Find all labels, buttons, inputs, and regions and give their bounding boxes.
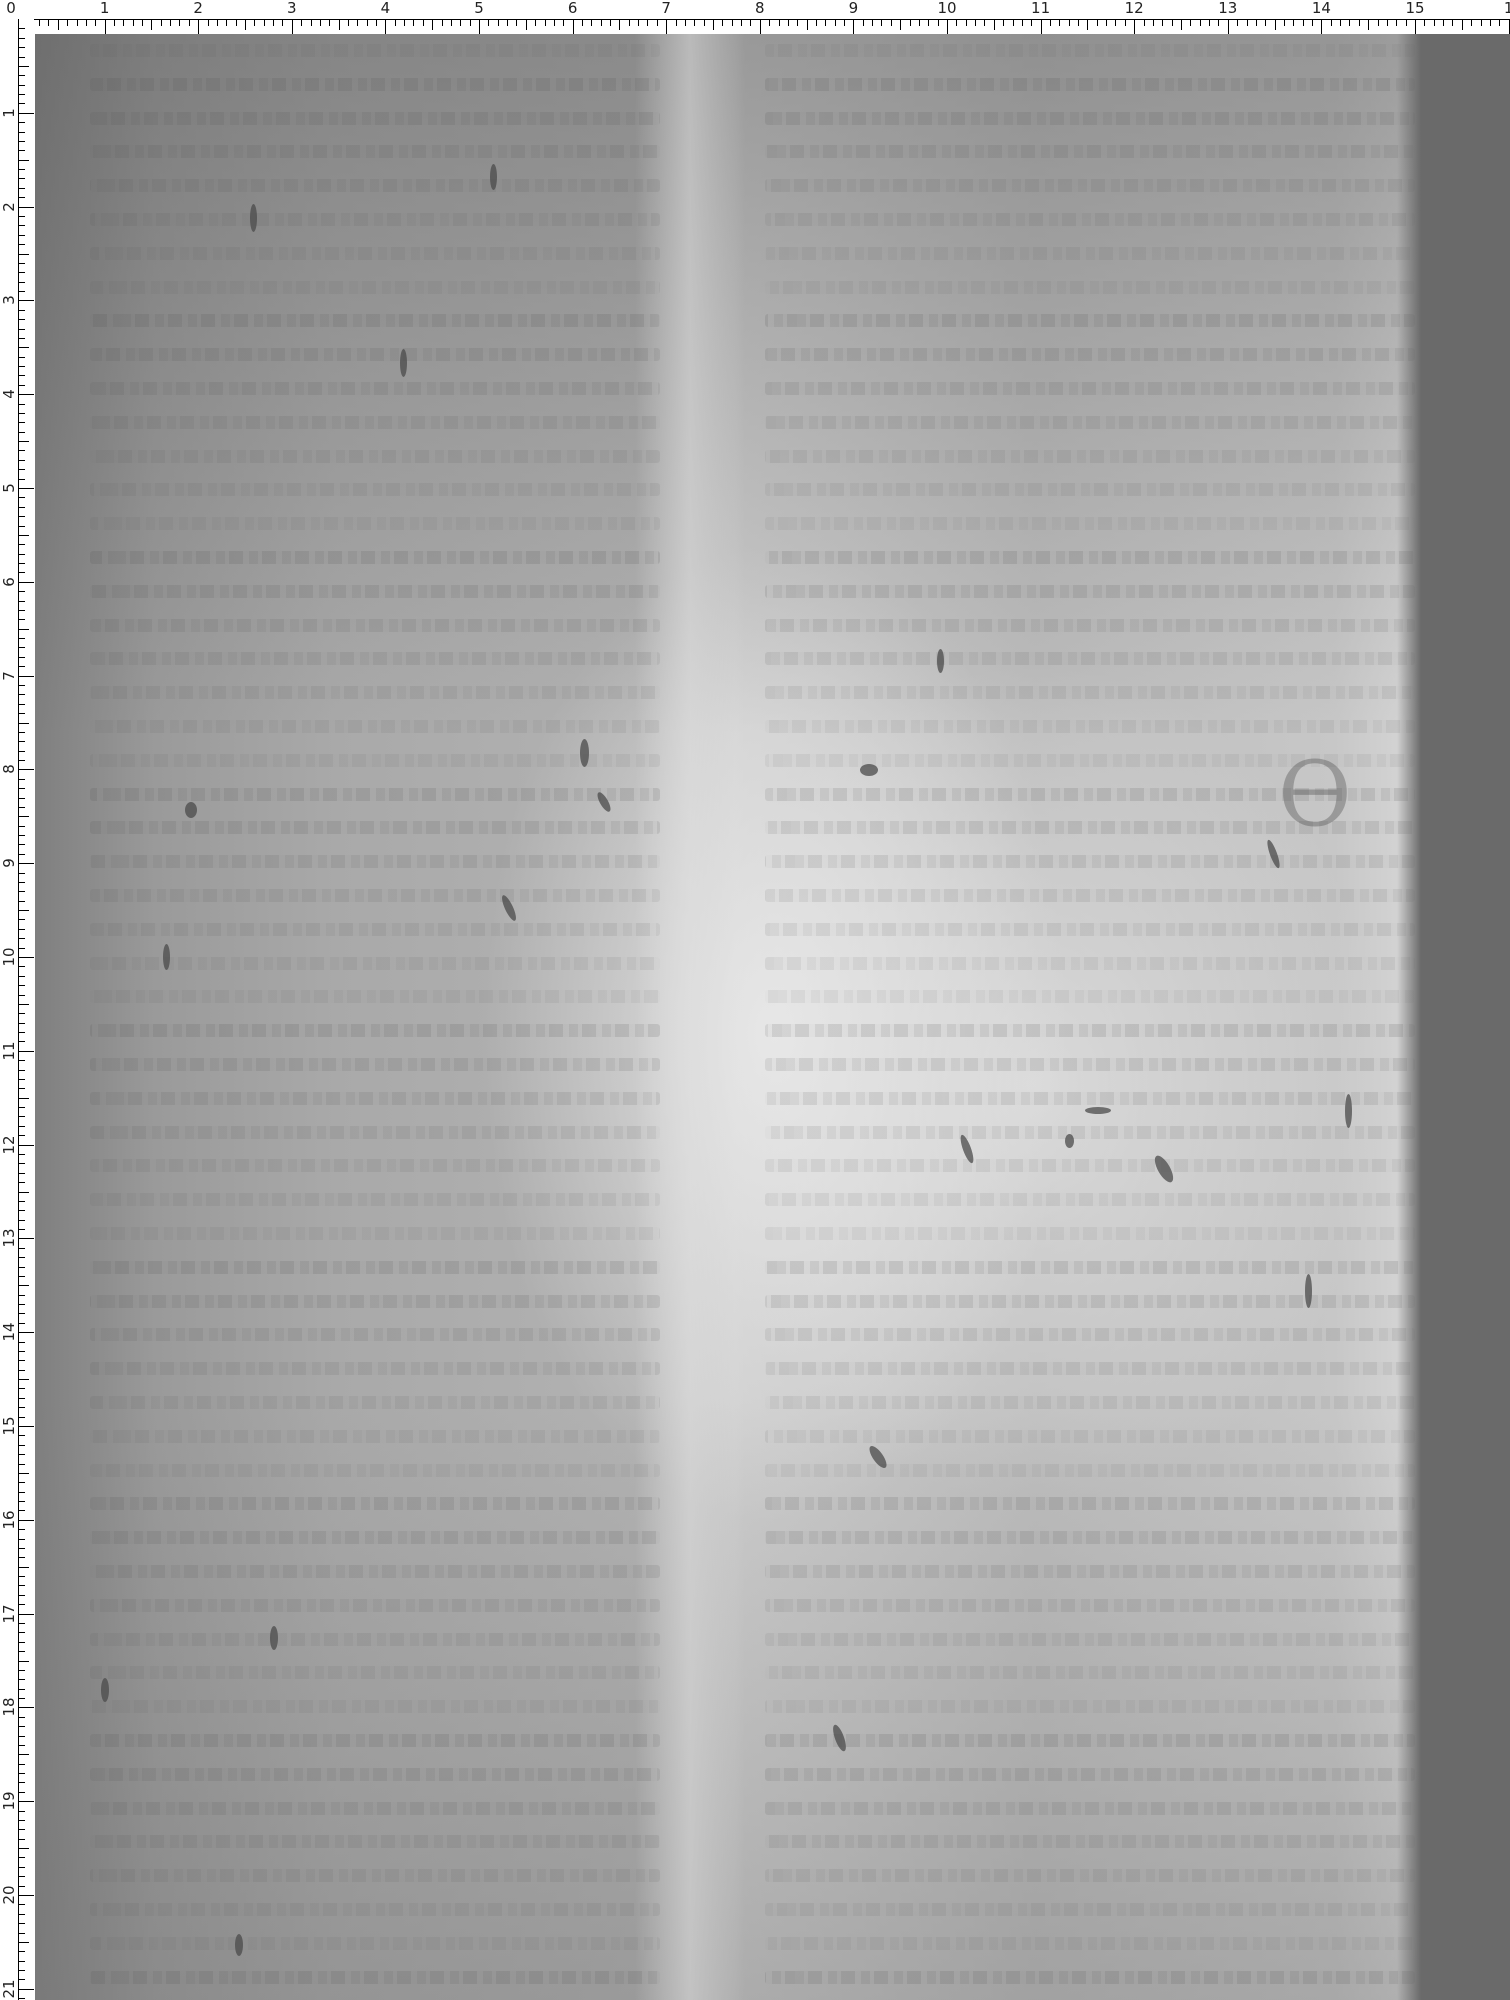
ruler-tick [18,1079,25,1080]
ruler-tick [657,19,658,26]
ruler-label-vertical: 3 [0,289,18,311]
bleed-through-text-right-column [765,44,1415,1994]
ruler-tick [18,1876,25,1877]
ruler-tick [18,1614,34,1615]
ruler-tick [18,122,25,123]
ruler-tick [226,19,227,26]
bleed-through-line [90,1565,660,1578]
ruler-tick [18,178,25,179]
ruler-tick [39,19,40,26]
ruler-tick [18,704,25,705]
bleed-through-line [765,382,1415,395]
bleed-through-line [765,652,1415,665]
bleed-through-line [90,517,660,530]
bleed-through-line [90,382,660,395]
ruler-tick [1115,19,1116,26]
ruler-tick [18,1576,25,1577]
ruler-tick [676,19,677,26]
ruler-label-horizontal: 13 [1218,0,1237,17]
ruler-tick [610,19,611,26]
bleed-through-line [90,1666,660,1679]
bleed-through-line [765,1024,1415,1037]
ruler-tick [18,432,25,433]
ruler-tick [18,1023,25,1024]
ruler-tick [994,19,995,30]
scan-speck [163,944,170,970]
ruler-tick [1434,19,1435,26]
bleed-through-line [765,1531,1415,1544]
bleed-through-line [90,1193,660,1206]
ruler-tick [329,19,330,26]
ruler-tick [142,19,143,26]
ruler-label-vertical: 4 [0,383,18,405]
ruler-tick [18,497,25,498]
bleed-through-line [90,1531,660,1544]
ruler-tick [301,19,302,26]
ruler-tick [1050,19,1051,26]
bleed-through-line [765,348,1415,361]
ruler-tick [86,19,87,26]
scan-speck [400,349,407,377]
ruler-tick [1284,19,1285,26]
ruler-tick [18,591,25,592]
bleed-through-line [90,281,660,294]
bleed-through-line [90,1126,660,1139]
ruler-tick [18,488,34,489]
ruler-label-horizontal: 9 [849,0,859,17]
ruler-tick [18,216,25,217]
ruler-tick [18,938,25,939]
ruler-tick [18,1829,25,1830]
ruler-tick [18,816,29,817]
ruler-tick [18,1060,25,1061]
bleed-through-line [90,1295,660,1308]
ruler-tick [601,19,602,26]
ruler-tick [385,19,386,34]
ruler-tick [18,413,25,414]
bleed-through-line [765,1700,1415,1713]
ruler-tick [507,19,508,26]
bleed-through-line [90,585,660,598]
bleed-through-line [90,1159,660,1172]
ruler-tick [18,1013,25,1014]
bleed-through-line [90,1024,660,1037]
bleed-through-line [765,1734,1415,1747]
ruler-tick [18,1510,25,1511]
bleed-through-line [90,44,660,57]
bleed-through-line [765,1666,1415,1679]
bleed-through-line [765,720,1415,733]
ruler-tick [18,1135,25,1136]
ruler-tick [1349,19,1350,26]
ruler-label-horizontal: 1 [1504,0,1510,17]
ruler-label-vertical: 2 [0,196,18,218]
bleed-through-line [765,517,1415,530]
ruler-tick [179,19,180,26]
scan-speck [101,1678,109,1702]
ruler-tick [18,666,25,667]
ruler-tick [18,1604,25,1605]
ruler-tick [18,638,25,639]
ruler-tick [1303,19,1304,26]
ruler-tick [18,1417,25,1418]
ruler-tick [18,1811,25,1812]
ruler-tick [1162,19,1163,26]
ruler-tick [18,1707,34,1708]
ruler-tick [18,1529,25,1530]
ruler-label-horizontal: 7 [661,0,671,17]
ruler-tick [339,19,340,30]
ruler-tick [638,19,639,26]
ruler-label-horizontal: 1 [100,0,110,17]
ruler-tick [18,1313,25,1314]
ruler-tick [18,329,25,330]
ruler-tick [984,19,985,26]
ruler-tick [18,1998,25,1999]
ruler-tick [451,19,452,26]
ruler-baseline-vertical [18,19,19,2000]
ruler-label-horizontal: 4 [381,0,391,17]
scan-speck [580,739,589,767]
ruler-tick [18,854,25,855]
ruler-tick [18,1679,25,1680]
ruler-tick [18,544,25,545]
ruler-tick [1013,19,1014,26]
ruler-tick [18,1520,34,1521]
ruler-label-vertical: 5 [0,477,18,499]
bleed-through-line [765,1633,1415,1646]
scan-speck [235,1934,243,1956]
bleed-through-line [765,314,1415,327]
ruler-tick [1331,19,1332,26]
ruler-tick [18,1051,34,1052]
ruler-tick [18,169,25,170]
ruler-tick [1359,19,1360,26]
ruler-tick [18,1407,25,1408]
ruler-tick [1209,19,1210,26]
ruler-tick [18,1267,25,1268]
ruler-label-vertical: 20 [0,1884,18,1906]
bleed-through-line [765,416,1415,429]
ruler-tick [18,1914,25,1915]
ruler-tick [1293,19,1294,26]
scan-speck [1305,1274,1312,1308]
bleed-through-line [765,1971,1415,1984]
ruler-tick [18,141,25,142]
ruler-tick [470,19,471,26]
ruler-tick [18,66,29,67]
ruler-tick [18,985,25,986]
ruler-tick [18,1717,25,1718]
ruler-tick [591,19,592,26]
ruler-tick [1490,19,1491,26]
ruler-tick [18,310,25,311]
ruler-tick [1153,19,1154,26]
ruler-tick [797,19,798,26]
ruler-tick [114,19,115,26]
ruler-tick [704,19,705,26]
ruler-tick [18,1163,25,1164]
ruler-tick [18,1961,25,1962]
ruler-tick [1321,19,1322,34]
ruler-tick [18,366,25,367]
ruler-tick [1144,19,1145,26]
ruler-label-vertical: 11 [0,1040,18,1062]
ruler-tick [18,282,25,283]
ruler-tick [18,1154,25,1155]
ruler-tick [1443,19,1444,26]
ruler-tick [95,19,96,26]
ruler-tick [18,1426,34,1427]
bleed-through-line [765,78,1415,91]
ruler-tick [18,1473,29,1474]
ruler-tick [18,844,25,845]
ruler-tick [1499,19,1500,26]
ruler-tick [18,1848,29,1849]
scan-speck [1085,1107,1111,1114]
ruler-tick [619,19,620,30]
scan-speck [860,764,878,776]
ruler-tick [545,19,546,26]
ruler-tick [18,1886,25,1887]
ruler-tick [151,19,152,30]
ruler-tick [18,1867,25,1868]
ruler-label-horizontal: 5 [474,0,484,17]
ruler-tick [18,1745,25,1746]
ruler-tick [18,582,34,583]
bleed-through-line [90,619,660,632]
ruler-tick [1181,19,1182,30]
ruler-label-vertical: 16 [0,1509,18,1531]
ruler-tick [18,319,25,320]
ruler-tick [18,357,25,358]
ruler-tick [18,554,25,555]
ruler-tick [807,19,808,30]
ruler-tick [18,779,25,780]
ruler-tick [123,19,124,26]
ruler-tick [245,19,246,30]
ruler-tick [18,601,25,602]
ruler-tick [18,28,25,29]
ruler-tick [18,901,25,902]
bleed-through-line [90,720,660,733]
ruler-tick [18,1248,25,1249]
ruler-tick [105,19,106,34]
scan-speck [937,649,944,673]
ruler-label-vertical: 6 [0,571,18,593]
bleed-through-line [90,1430,660,1443]
ruler-tick [1069,19,1070,26]
ruler-tick [18,1557,25,1558]
ruler-tick [348,19,349,26]
ruler-tick [18,1285,29,1286]
ruler-tick [18,1445,25,1446]
ruler-tick [18,507,25,508]
bleed-through-line [765,1126,1415,1139]
ruler-label-vertical: 0 [6,0,16,17]
bleed-through-line [90,247,660,260]
bleed-through-line [90,1835,660,1848]
ruler-tick [666,19,667,34]
ruler-tick [18,1979,25,1980]
ruler-tick [273,19,274,26]
bleed-through-line [90,1768,660,1781]
ruler-tick [853,19,854,34]
ruler-tick [18,94,25,95]
ruler-tick [18,1970,25,1971]
ruler-tick [1125,19,1126,26]
ruler-tick [18,1173,25,1174]
ruler-tick [835,19,836,26]
scan-speck [185,802,197,818]
ruler-tick [320,19,321,26]
ruler-tick [1509,19,1510,34]
scan-speck [1345,1094,1352,1128]
bleed-through-line [765,1159,1415,1172]
ruler-tick [18,244,25,245]
ruler-tick [413,19,414,26]
bleed-through-line [90,1633,660,1646]
ruler-tick [722,19,723,26]
ruler-tick [18,38,25,39]
ruler-tick [18,1238,34,1239]
ruler-tick [18,394,34,395]
ruler-tick [18,760,25,761]
ruler-tick [18,1332,34,1333]
bleed-through-line [765,44,1415,57]
bleed-through-line [765,1295,1415,1308]
ruler-tick [395,19,396,26]
ruler-tick [18,891,25,892]
ruler-tick [582,19,583,26]
ruler-tick [554,19,555,26]
ruler-label-vertical: 10 [0,946,18,968]
ruler-tick [947,19,948,34]
ruler-tick [18,1070,25,1071]
ruler-tick [18,1857,25,1858]
ruler-tick [18,1492,25,1493]
bleed-through-line [765,1362,1415,1375]
ruler-tick [18,1754,29,1755]
ruler-tick [18,572,25,573]
ruler-tick [741,19,742,26]
ruler-tick [488,19,489,26]
ruler-tick [423,19,424,26]
ruler-tick [18,1351,25,1352]
ruler-label-vertical: 12 [0,1134,18,1156]
ruler-tick [67,19,68,26]
ruler-tick [1462,19,1463,30]
bleed-through-line [765,551,1415,564]
ruler-tick [760,19,761,34]
ruler-tick [18,1698,25,1699]
bleed-through-line [90,416,660,429]
ruler-tick [208,19,209,26]
ruler-tick [18,1145,34,1146]
bleed-through-line [90,1903,660,1916]
ruler-tick [535,19,536,26]
scanned-page: Ɵ [35,34,1510,2000]
ruler-tick [975,19,976,26]
bleed-through-line [90,314,660,327]
ruler-tick [18,1323,25,1324]
bleed-through-line [765,1396,1415,1409]
ruler-tick [18,1820,25,1821]
bleed-through-line [765,1835,1415,1848]
ruler-tick [647,19,648,26]
bleed-through-line [90,1328,660,1341]
ruler-tick [18,788,25,789]
bleed-through-line [90,1464,660,1477]
ruler-tick [844,19,845,26]
ruler-label-vertical: 9 [0,852,18,874]
ruler-tick [18,1192,29,1193]
bleed-through-line [765,1903,1415,1916]
ruler-tick [18,919,25,920]
ruler-tick [18,1923,25,1924]
ruler-tick [18,1276,25,1277]
vertical-ruler: 0123456789101112131415161718192021 [0,0,34,2000]
ruler-tick [404,19,405,26]
ruler-label-vertical: 13 [0,1227,18,1249]
ruler-tick [77,19,78,26]
bleed-through-line [765,889,1415,902]
ruler-tick [1087,19,1088,30]
bleed-through-line [765,923,1415,936]
ruler-tick [18,113,34,114]
ruler-label-vertical: 1 [0,102,18,124]
ruler-tick [18,976,25,977]
ruler-tick [18,798,25,799]
ruler-tick [900,19,901,30]
ruler-tick [1003,19,1004,26]
ruler-tick [18,1398,25,1399]
ruler-tick [18,225,25,226]
ruler-tick [18,375,25,376]
bleed-through-line [90,145,660,158]
ruler-tick [1200,19,1201,26]
ruler-tick [18,1004,29,1005]
ruler-tick [18,1295,25,1296]
ruler-tick [1041,19,1042,34]
ruler-tick [779,19,780,26]
ruler-tick [516,19,517,26]
ruler-tick [18,610,25,611]
ruler-tick [18,291,25,292]
bleed-through-line [765,1599,1415,1612]
ruler-tick [18,1229,25,1230]
bleed-through-line [90,1869,660,1882]
ruler-tick [18,516,25,517]
bleed-through-line [765,213,1415,226]
ruler-tick [526,19,527,30]
ruler-tick [18,1623,25,1624]
ruler-tick [18,1032,25,1033]
ruler-tick [863,19,864,26]
ruler-tick [1097,19,1098,26]
ruler-label-vertical: 15 [0,1415,18,1437]
ruler-tick [18,535,29,536]
bleed-through-line [765,855,1415,868]
ruler-tick [18,1642,25,1643]
bleed-through-line [90,179,660,192]
ruler-label-horizontal: 11 [1031,0,1050,17]
ruler-tick [18,263,25,264]
ruler-tick [1406,19,1407,26]
bleed-through-line [90,1261,660,1274]
ruler-label-horizontal: 3 [287,0,297,17]
ruler-tick [1172,19,1173,26]
